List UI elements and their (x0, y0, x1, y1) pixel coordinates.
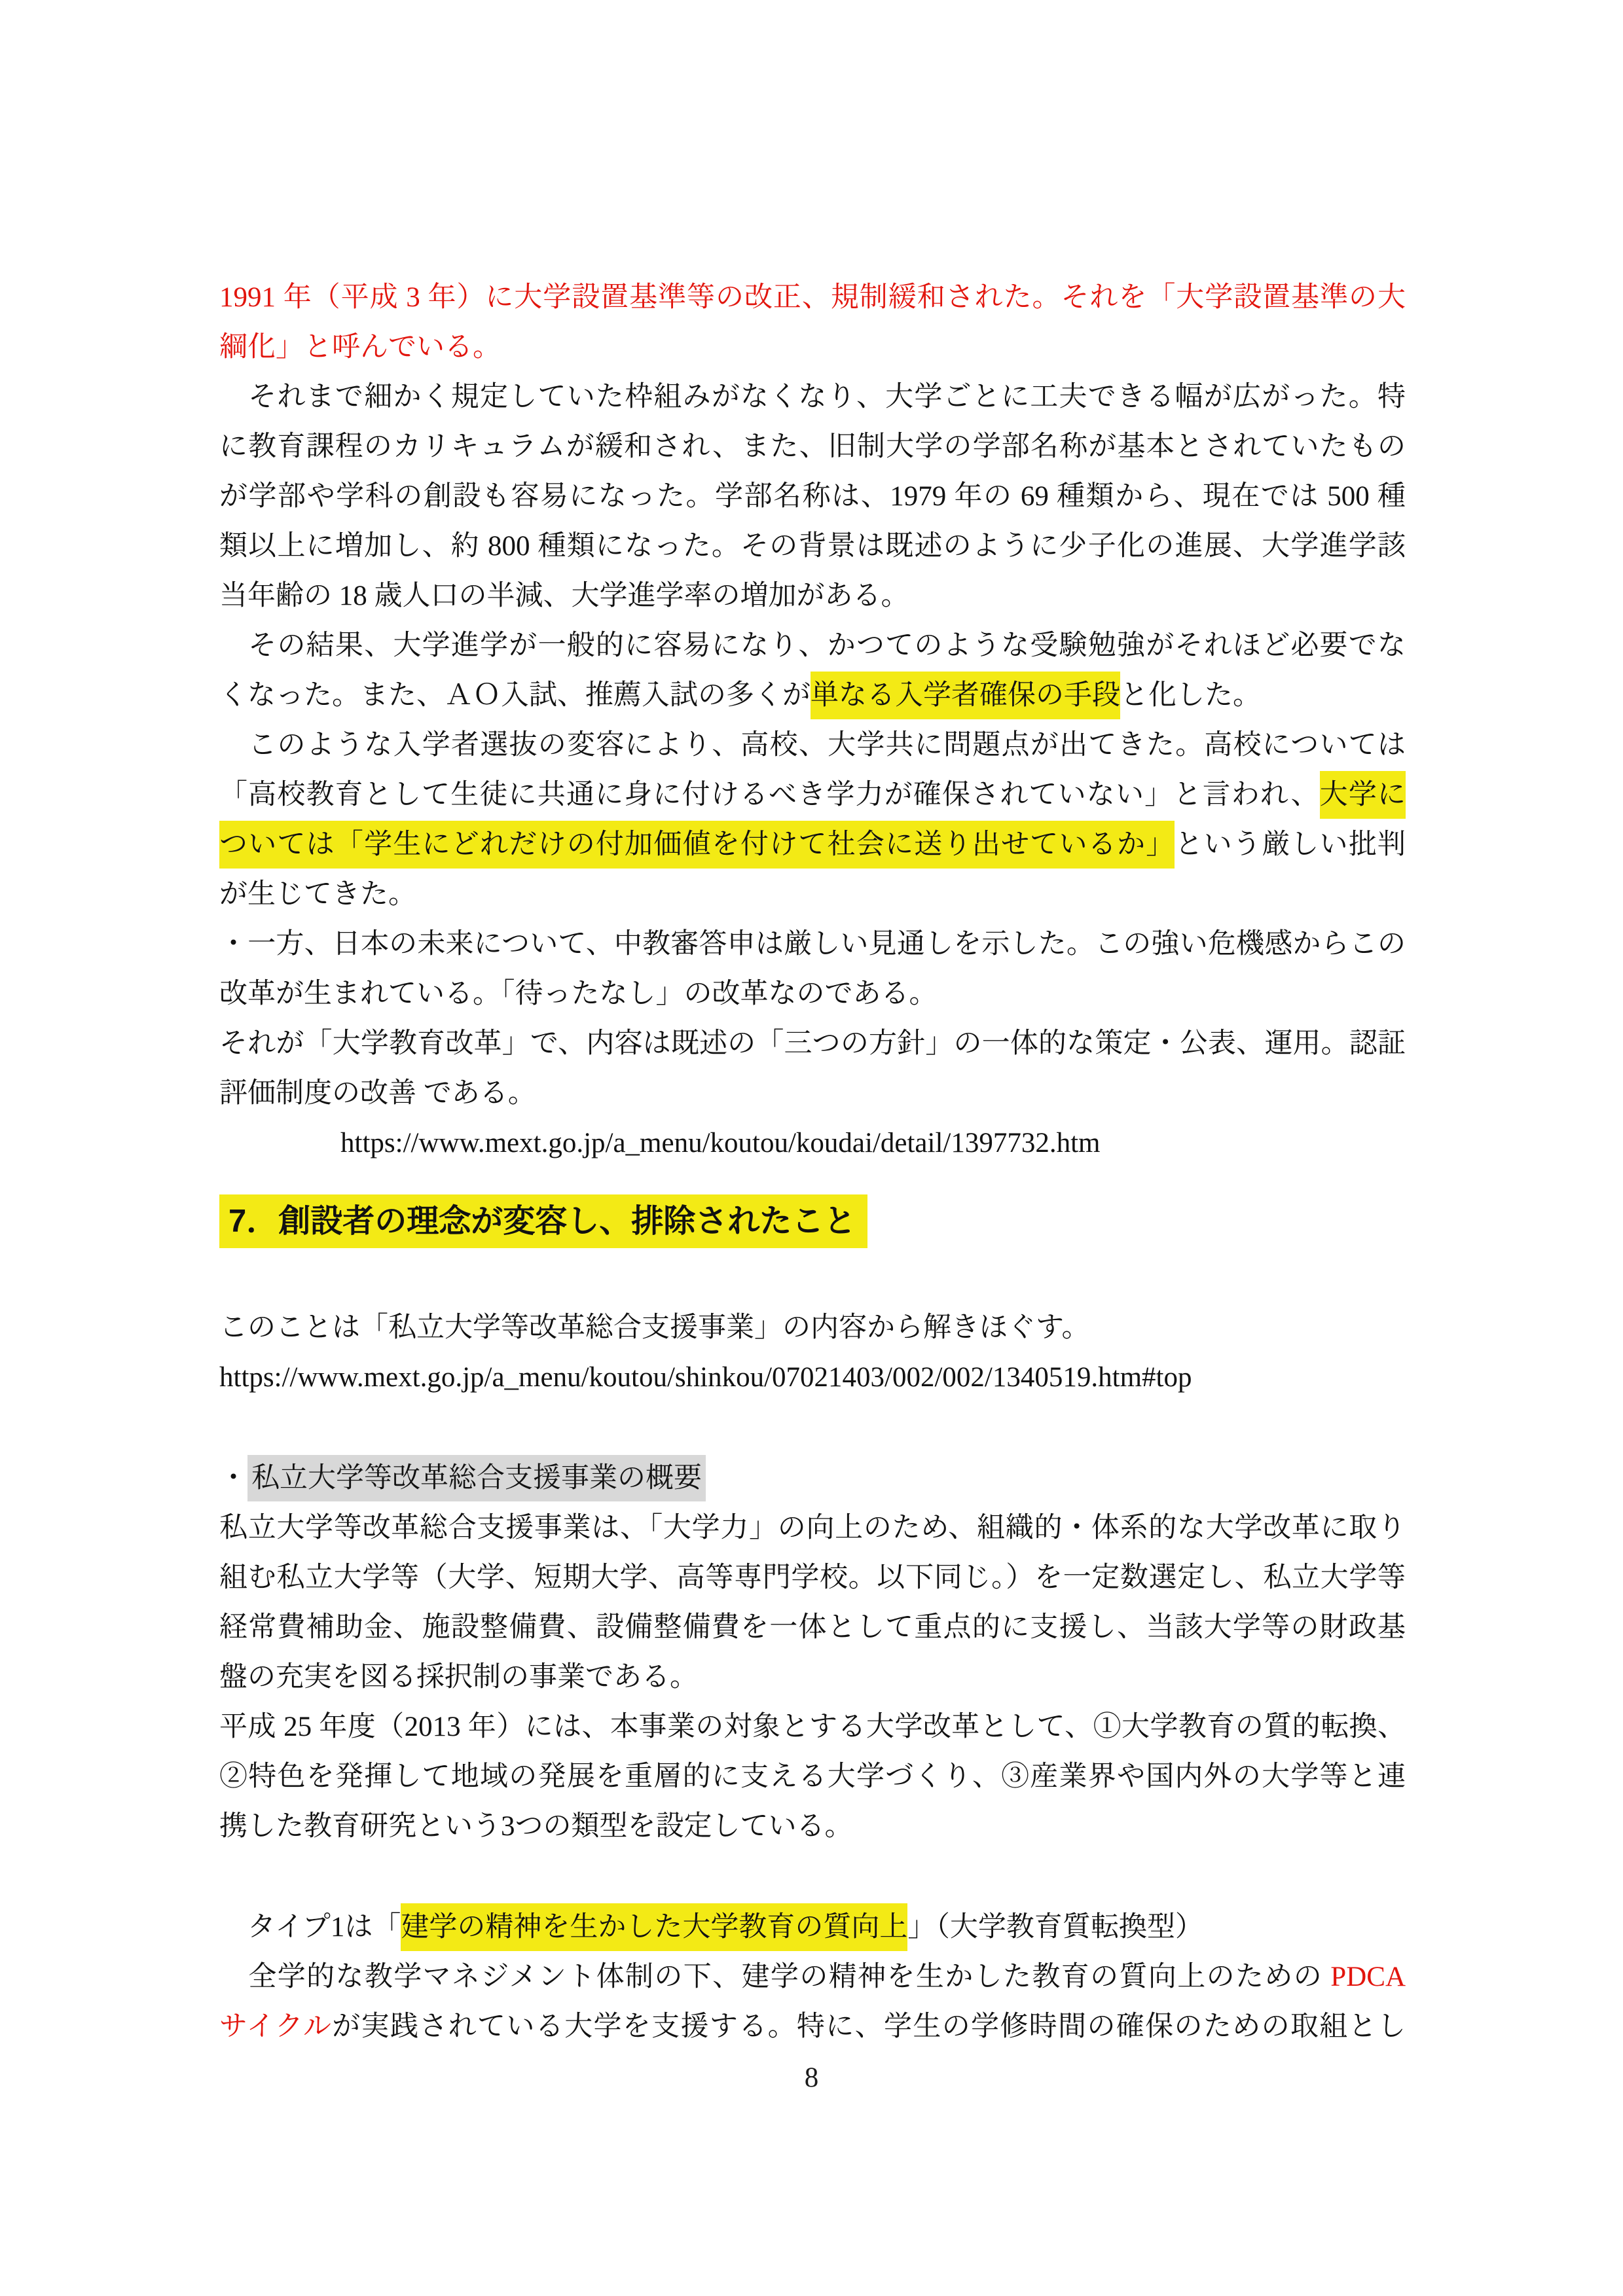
red-text: 綱化」と呼んでいる。 (219, 332, 501, 363)
text-line: ・一方、日本の未来について、中教審答申は厳しい見通しを示した。この強い危機感から… (219, 920, 1406, 969)
text-line: 1991 年（平成 3 年）に大学設置基準等の改正、規制緩和された。それを「大学… (219, 273, 1406, 323)
url-line: https://www.mext.go.jp/a_menu/koutou/kou… (219, 1119, 1406, 1168)
text-segment: 組む私立大学等（大学、短期大学、高等専門学校。以下同じ。）を一定数選定し、私立大… (219, 1562, 1406, 1593)
text-segment: と化した。 (1120, 680, 1261, 711)
text-line: 私立大学等改革総合支援事業は、「大学力」の向上のため、組織的・体系的な大学改革に… (219, 1503, 1406, 1553)
text-segment: という厳しい批判 (1175, 829, 1406, 860)
text-segment: タイプ1は「 (219, 1912, 401, 1943)
red-text: PDCA (1330, 1962, 1406, 1992)
text-segment: ・一方、日本の未来について、中教審答申は厳しい見通しを示した。この強い危機感から… (219, 929, 1406, 960)
text-line: それが「大学教育改革」で、内容は既述の「三つの方針」の一体的な策定・公表、運用。… (219, 1019, 1406, 1069)
highlighted-text: 大学に (1320, 771, 1406, 819)
text-segment: https://www.mext.go.jp/a_menu/koutou/kou… (340, 1128, 1101, 1158)
section-heading-row: 7．創設者の理念が変容し、排除されたこと (219, 1194, 1406, 1251)
page-number: 8 (0, 2062, 1623, 2094)
text-line: 経常費補助金、施設整備費、設備整備費を一体として重点的に支援し、当該大学等の財政… (219, 1603, 1406, 1653)
section-heading: 7．創設者の理念が変容し、排除されたこと (219, 1194, 867, 1248)
highlighted-text: 建学の精神を生かした大学教育の質向上 (401, 1903, 907, 1951)
text-line: 類以上に増加し、約 800 種類になった。その背景は既述のように少子化の進展、大… (219, 522, 1406, 571)
text-line: が学部や学科の創設も容易になった。学部名称は、1979 年の 69 種類から、現… (219, 472, 1406, 522)
text-line: 評価制度の改善 である。 (219, 1069, 1406, 1119)
highlighted-text: 単なる入学者確保の手段 (811, 672, 1120, 719)
text-line: 綱化」と呼んでいる。 (219, 323, 1406, 372)
text-line: 組む私立大学等（大学、短期大学、高等専門学校。以下同じ。）を一定数選定し、私立大… (219, 1553, 1406, 1603)
red-text: 1991 年（平成 3 年）に大学設置基準等の改正、規制緩和された。それを「大学… (219, 282, 1406, 313)
text-segment: ・ (219, 1463, 247, 1494)
text-line: ついては「学生にどれだけの付加価値を付けて社会に送り出せているか」という厳しい批… (219, 820, 1406, 870)
text-segment: が生じてきた。 (219, 879, 416, 910)
text-segment: ②特色を発揮して地域の発展を重層的に支える大学づくり、③産業界や国内外の大学等と… (219, 1761, 1406, 1792)
text-segment: このような入学者選抜の変容により、高校、大学共に問題点が出てきた。高校については (219, 730, 1406, 761)
text-line: それまで細かく規定していた枠組みがなくなり、大学ごとに工夫できる幅が広がった。特 (219, 372, 1406, 422)
text-segment: https://www.mext.go.jp/a_menu/koutou/shi… (219, 1362, 1192, 1393)
text-line: ・私立大学等改革総合支援事業の概要 (219, 1454, 1406, 1503)
text-line: サイクルが実践されている大学を支援する。特に、学生の学修時間の確保のための取組と… (219, 2002, 1406, 2052)
text-line: タイプ1は「建学の精神を生かした大学教育の質向上」（大学教育質転換型） (219, 1903, 1406, 1952)
text-segment: 類以上に増加し、約 800 種類になった。その背景は既述のように少子化の進展、大… (219, 531, 1406, 562)
text-line: 携した教育研究という3つの類型を設定している。 (219, 1802, 1406, 1852)
url-line: https://www.mext.go.jp/a_menu/koutou/shi… (219, 1353, 1406, 1403)
text-segment: 盤の充実を図る採択制の事業である。 (219, 1662, 698, 1693)
text-segment: 全学的な教学マネジメント体制の下、建学の精神を生かした教育の質向上のための (219, 1962, 1330, 1992)
gray-highlighted-text: 私立大学等改革総合支援事業の概要 (247, 1455, 706, 1501)
text-segment: このことは「私立大学等改革総合支援事業」の内容から解きほぐす。 (219, 1312, 1090, 1343)
text-segment: 携した教育研究という3つの類型を設定している。 (219, 1811, 853, 1842)
red-text: サイクル (219, 2011, 332, 2042)
text-line: くなった。また、ＡＯ入試、推薦入試の多くが単なる入学者確保の手段と化した。 (219, 671, 1406, 721)
text-line: 全学的な教学マネジメント体制の下、建学の精神を生かした教育の質向上のための PD… (219, 1952, 1406, 2002)
text-line: このような入学者選抜の変容により、高校、大学共に問題点が出てきた。高校については (219, 721, 1406, 770)
text-segment: 改革が生まれている。「待ったなし」の改革なのである。 (219, 978, 938, 1009)
text-line: 平成 25 年度（2013 年）には、本事業の対象とする大学改革として、①大学教… (219, 1702, 1406, 1752)
text-segment: 私立大学等改革総合支援事業は、「大学力」の向上のため、組織的・体系的な大学改革に… (219, 1513, 1406, 1543)
text-segment: 」（大学教育質転換型） (907, 1912, 1203, 1943)
text-line: ②特色を発揮して地域の発展を重層的に支える大学づくり、③産業界や国内外の大学等と… (219, 1752, 1406, 1802)
text-segment: それが「大学教育改革」で、内容は既述の「三つの方針」の一体的な策定・公表、運用。… (219, 1028, 1406, 1059)
text-segment: それまで細かく規定していた枠組みがなくなり、大学ごとに工夫できる幅が広がった。特 (219, 382, 1406, 412)
text-segment: 平成 25 年度（2013 年）には、本事業の対象とする大学改革として、①大学教… (219, 1712, 1406, 1742)
text-line: このことは「私立大学等改革総合支援事業」の内容から解きほぐす。 (219, 1303, 1406, 1353)
text-segment: くなった。また、ＡＯ入試、推薦入試の多くが (219, 680, 811, 711)
text-segment: 評価制度の改善 である。 (219, 1078, 536, 1109)
content: 1991 年（平成 3 年）に大学設置基準等の改正、規制緩和された。それを「大学… (219, 273, 1406, 2052)
text-line: 改革が生まれている。「待ったなし」の改革なのである。 (219, 969, 1406, 1019)
text-segment: 当年齢の 18 歳人口の半減、大学進学率の増加がある。 (219, 581, 909, 611)
text-line: が生じてきた。 (219, 870, 1406, 920)
document-page: 1991 年（平成 3 年）に大学設置基準等の改正、規制緩和された。それを「大学… (0, 0, 1623, 2296)
text-segment: 「高校教育として生徒に共通に身に付けるべき学力が確保されていない」と言われ、 (219, 780, 1320, 810)
text-segment: その結果、大学進学が一般的に容易になり、かつてのような受験勉強がそれほど必要でな (219, 630, 1406, 661)
text-line: 「高校教育として生徒に共通に身に付けるべき学力が確保されていない」と言われ、大学… (219, 770, 1406, 820)
text-segment: 経常費補助金、施設整備費、設備整備費を一体として重点的に支援し、当該大学等の財政… (219, 1612, 1406, 1643)
text-segment: に教育課程のカリキュラムが緩和され、また、旧制大学の学部名称が基本とされていたも… (219, 431, 1406, 462)
text-segment: が学部や学科の創設も容易になった。学部名称は、1979 年の 69 種類から、現… (219, 481, 1406, 512)
text-segment: が実践されている大学を支援する。特に、学生の学修時間の確保のための取組とし (332, 2011, 1406, 2042)
text-line: 当年齢の 18 歳人口の半減、大学進学率の増加がある。 (219, 571, 1406, 621)
text-line: その結果、大学進学が一般的に容易になり、かつてのような受験勉強がそれほど必要でな (219, 621, 1406, 671)
highlighted-text: ついては「学生にどれだけの付加価値を付けて社会に送り出せているか」 (219, 821, 1175, 869)
text-line: 盤の充実を図る採択制の事業である。 (219, 1653, 1406, 1702)
text-line: に教育課程のカリキュラムが緩和され、また、旧制大学の学部名称が基本とされていたも… (219, 422, 1406, 472)
